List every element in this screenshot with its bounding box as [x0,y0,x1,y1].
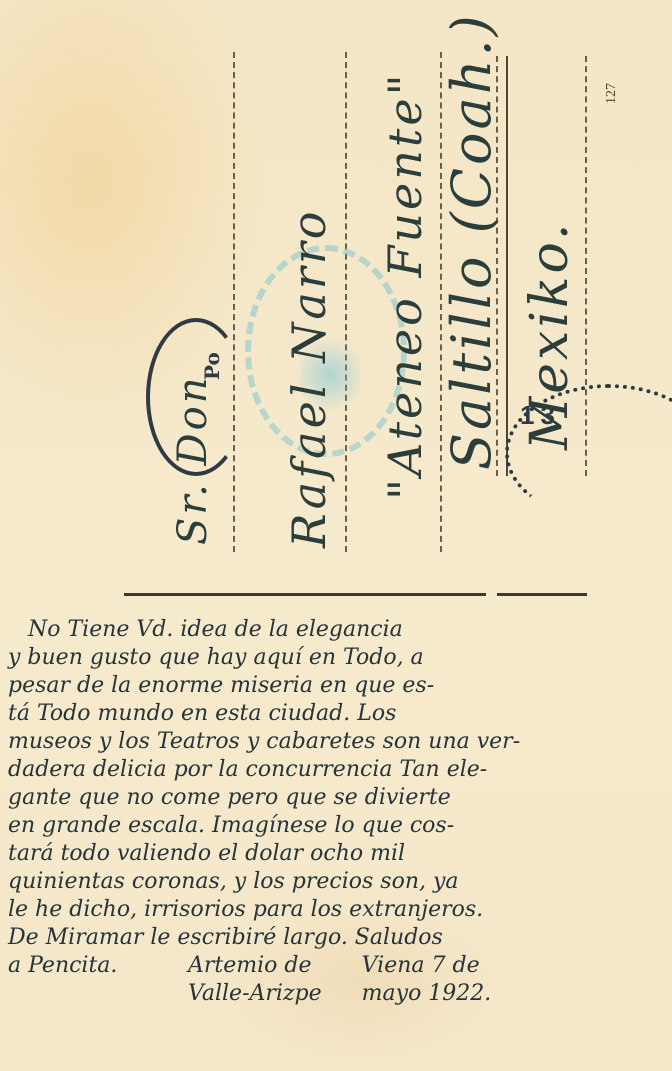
message-line: le he dicho, irrisorios para los extranj… [0,896,672,924]
signature-line-1: Artemio de [188,952,322,980]
message-line: De Miramar le escribiré largo. Saludos [0,924,672,952]
address-name: Rafael Narro [282,209,336,548]
address-country: Mexiko. [520,221,580,450]
signature: Artemio de Valle-Arizpe [188,952,322,1008]
signature-line-2: Valle-Arizpe [188,980,322,1008]
address-line1: "Ateneo Fuente" [378,71,432,500]
message-line: gante que no come pero que se divierte [0,784,672,812]
message-line: a Pencita. [0,952,188,1008]
address-salutation: Sr. Don [170,375,216,545]
handwritten-message: No Tiene Vd. idea de la elegancia y buen… [0,616,672,1008]
message-line: dadera delicia por la concurrencia Tan e… [0,756,672,784]
place-date-line-1: Viena 7 de [362,952,492,980]
address-guide-line-1 [233,52,235,552]
address-city: Saltillo (Coah.) [440,12,503,470]
message-line: tará todo valiendo el dolar ocho mil [0,840,672,868]
serial-number: 127 [604,83,620,104]
place-date-line-2: mayo 1922. [362,980,492,1008]
divider-line-right [497,593,587,596]
place-date: Viena 7 de mayo 1922. [362,952,492,1008]
stamp-box-line [506,56,508,476]
message-line: tá Todo mundo en esta ciudad. Los [0,700,672,728]
message-line: quinientas coronas, y los precios son, y… [0,868,672,896]
address-section: 127 Po 13 Sr. Don Rafael Narro "Ateneo F… [0,0,672,600]
message-line: museos y los Teatros y cabaretes son una… [0,728,672,756]
message-line: y buen gusto que hay aquí en Todo, a [0,644,672,672]
postcard-back: 127 Po 13 Sr. Don Rafael Narro "Ateneo F… [0,0,672,1071]
message-line: No Tiene Vd. idea de la elegancia [0,616,672,644]
message-line: pesar de la enorme miseria en que es- [0,672,672,700]
message-line: en grande escala. Imagínese lo que cos- [0,812,672,840]
divider-line-left [124,593,486,596]
